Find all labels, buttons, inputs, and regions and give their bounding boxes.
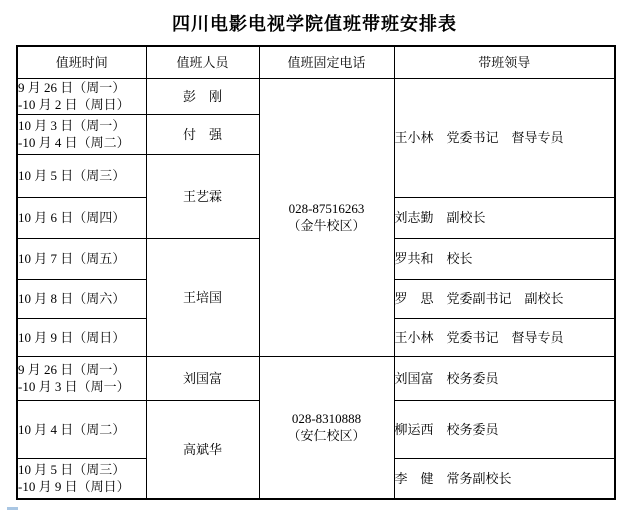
duty-time-cell: 10 月 5 日（周三） xyxy=(17,154,146,197)
duty-time-cell: 10 月 6 日（周四） xyxy=(17,197,146,238)
duty-time-cell: 10 月 9 日（周日） xyxy=(17,318,146,356)
duty-phone-cell-anren: 028-8310888 （安仁校区） xyxy=(259,356,394,499)
duty-staff-cell: 王培国 xyxy=(146,238,259,356)
duty-time-cell: 10 月 8 日（周六） xyxy=(17,279,146,318)
duty-time-cell: 10 月 3 日（周一） -10 月 4 日（周二） xyxy=(17,114,146,154)
duty-staff-cell: 高斌华 xyxy=(146,400,259,499)
duty-staff-cell: 彭 刚 xyxy=(146,78,259,114)
duty-time-cell: 10 月 7 日（周五） xyxy=(17,238,146,279)
duty-leader-cell: 王小林 党委书记 督导专员 xyxy=(394,78,615,197)
duty-leader-cell: 王小林 党委书记 督导专员 xyxy=(394,318,615,356)
cropped-ui-fragment xyxy=(7,507,18,510)
duty-schedule-table: 值班时间 值班人员 值班固定电话 带班领导 9 月 26 日（周一） -10 月… xyxy=(16,45,616,500)
duty-leader-cell: 柳运西 校务委员 xyxy=(394,400,615,458)
duty-time-cell: 10 月 5 日（周三） -10 月 9 日（周日） xyxy=(17,458,146,499)
duty-leader-cell: 罗共和 校长 xyxy=(394,238,615,279)
page-title: 四川电影电视学院值班带班安排表 xyxy=(0,10,629,36)
duty-leader-cell: 罗 思 党委副书记 副校长 xyxy=(394,279,615,318)
duty-time-cell: 10 月 4 日（周二） xyxy=(17,400,146,458)
table-header-row: 值班时间 值班人员 值班固定电话 带班领导 xyxy=(17,46,615,78)
duty-staff-cell: 刘国富 xyxy=(146,356,259,400)
header-duty-staff: 值班人员 xyxy=(146,46,259,78)
header-duty-leader: 带班领导 xyxy=(394,46,615,78)
duty-phone-cell-jinniu: 028-87516263 （金牛校区） xyxy=(259,78,394,356)
duty-leader-cell: 刘志勤 副校长 xyxy=(394,197,615,238)
duty-staff-cell: 王艺霖 xyxy=(146,154,259,238)
header-duty-time: 值班时间 xyxy=(17,46,146,78)
table-row: 9 月 26 日（周一） -10 月 2 日（周日） 彭 刚 028-87516… xyxy=(17,78,615,114)
table-row: 9 月 26 日（周一） -10 月 3 日（周一） 刘国富 028-83108… xyxy=(17,356,615,400)
duty-staff-cell: 付 强 xyxy=(146,114,259,154)
duty-leader-cell: 李 健 常务副校长 xyxy=(394,458,615,499)
duty-time-cell: 9 月 26 日（周一） -10 月 3 日（周一） xyxy=(17,356,146,400)
duty-time-cell: 9 月 26 日（周一） -10 月 2 日（周日） xyxy=(17,78,146,114)
duty-leader-cell: 刘国富 校务委员 xyxy=(394,356,615,400)
header-duty-phone: 值班固定电话 xyxy=(259,46,394,78)
